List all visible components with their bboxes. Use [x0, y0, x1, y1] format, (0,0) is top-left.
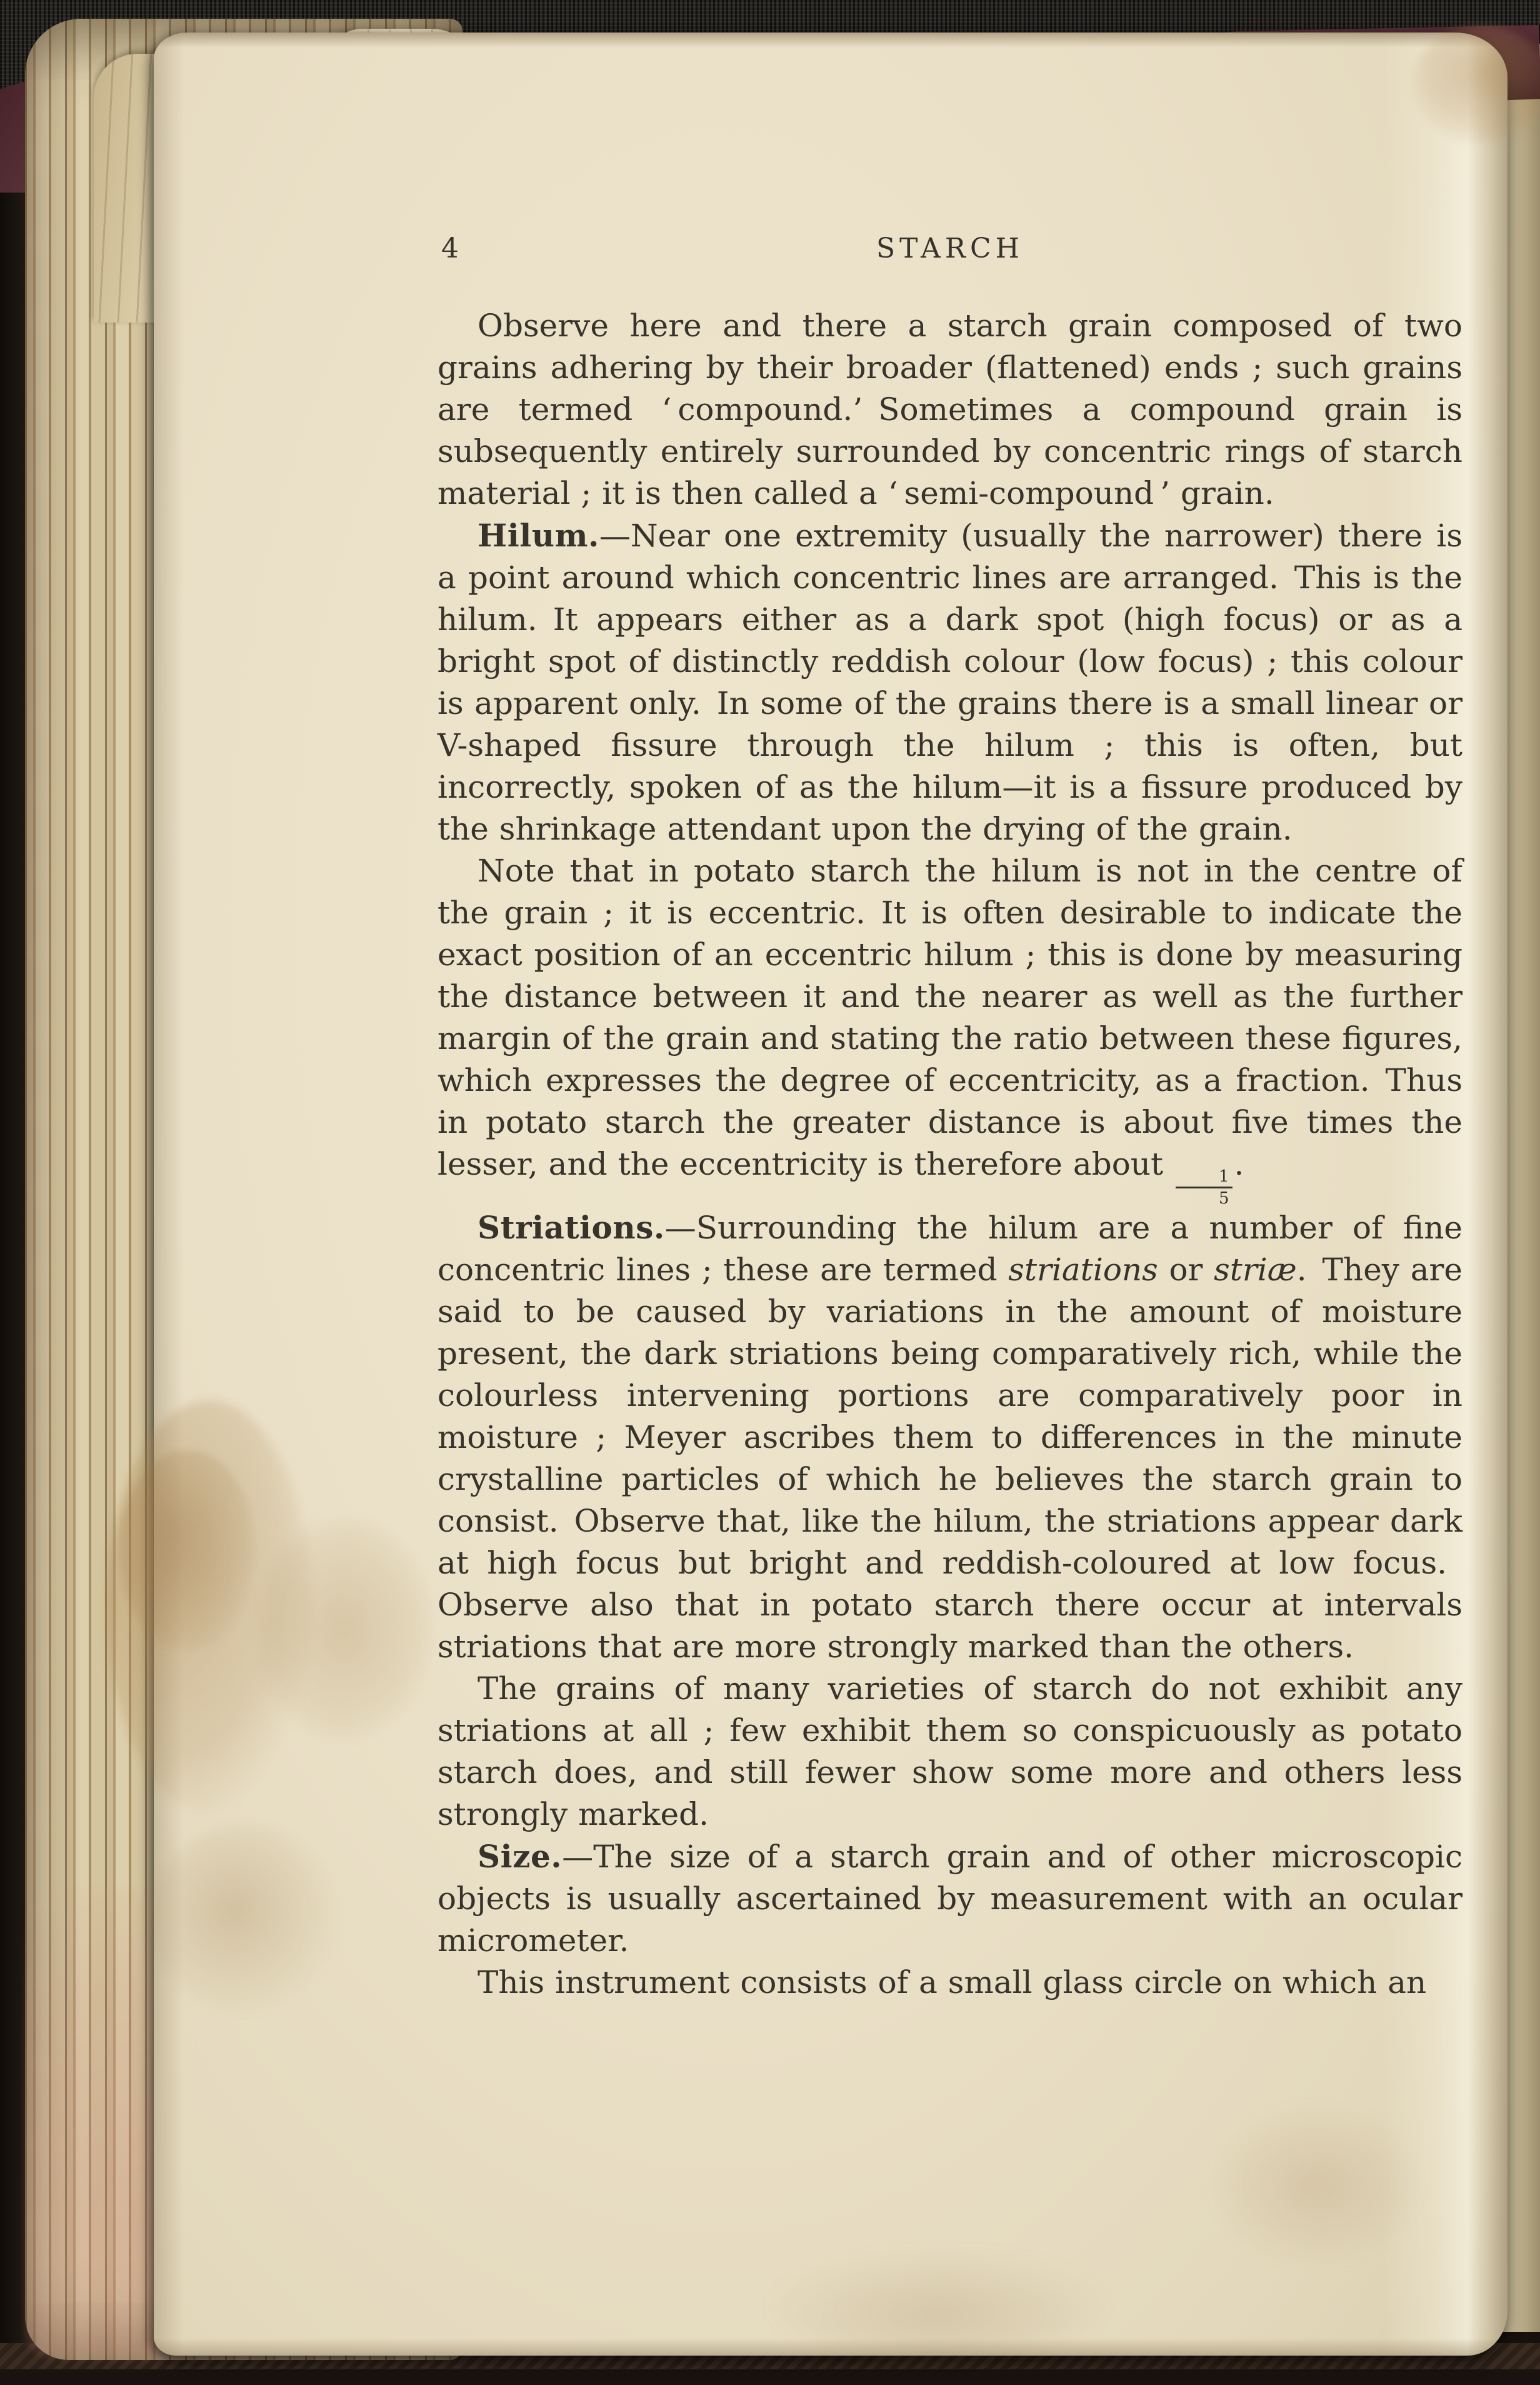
- paragraph-lead-word: Size.: [477, 1838, 562, 1875]
- book-cover-bottom-edge: [0, 2369, 1540, 2385]
- paragraph-lead-word: Hilum.: [477, 517, 599, 554]
- paragraph: Size.—The size of a starch grain and of …: [437, 1835, 1462, 1962]
- book-scan-scene: 4 STARCH Observe here and there a starch…: [0, 0, 1540, 2385]
- page-body: Observe here and there a starch grain co…: [437, 305, 1462, 2004]
- text-run: Note that in potato starch the hilum is …: [437, 853, 1462, 1182]
- paragraph: Note that in potato starch the hilum is …: [437, 850, 1462, 1207]
- paragraph-lead-word: Striations.: [477, 1209, 665, 1246]
- page-header: 4 STARCH: [437, 229, 1462, 273]
- text-run: striæ: [1214, 1252, 1297, 1288]
- text-run: —The size of a starch grain and of other…: [437, 1839, 1462, 1959]
- paragraph: Hilum.—Near one extremity (usually the n…: [437, 515, 1462, 850]
- text-run: striations: [1008, 1252, 1158, 1288]
- text-run: Observe here and there a starch grain co…: [437, 308, 1462, 511]
- text-run: The grains of many varieties of starch d…: [437, 1670, 1462, 1832]
- paragraph: Observe here and there a starch grain co…: [437, 305, 1462, 515]
- text-run: .: [1234, 1146, 1244, 1182]
- running-title: STARCH: [437, 233, 1462, 264]
- text-run: —Near one extremity (usually the narrowe…: [437, 518, 1462, 847]
- fraction-one-fifth: 15: [1176, 1168, 1232, 1207]
- page-text-column: 4 STARCH Observe here and there a starch…: [437, 229, 1462, 2004]
- text-run: . They are said to be caused by variatio…: [437, 1252, 1462, 1665]
- paragraph: Striations.—Surrounding the hilum are a …: [437, 1207, 1462, 1668]
- paragraph: This instrument consists of a small glas…: [437, 1962, 1462, 2004]
- paragraph: The grains of many varieties of starch d…: [437, 1668, 1462, 1835]
- text-run: This instrument consists of a small glas…: [477, 1964, 1426, 2001]
- text-run: or: [1158, 1252, 1214, 1288]
